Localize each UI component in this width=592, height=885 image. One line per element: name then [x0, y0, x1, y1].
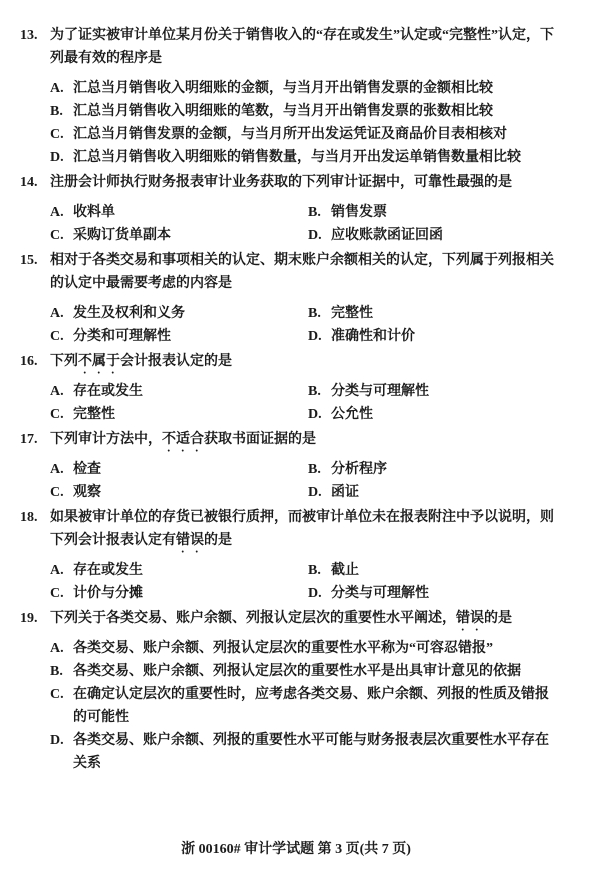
option-text: 应收账款函证回函: [331, 224, 554, 247]
stem-emphasized-text: 不属于: [78, 354, 120, 369]
option-d: D.公允性: [308, 403, 554, 426]
question-number: 17.: [20, 428, 38, 451]
option-c: C.计价与分摊: [50, 582, 308, 605]
stem-text: 的是: [204, 533, 232, 548]
stem-text: 的是: [484, 611, 512, 626]
option-a: A.汇总当月销售收入明细账的金额，与当月开出销售发票的金额相比较: [50, 77, 554, 100]
option-c: C.完整性: [50, 403, 308, 426]
option-a: A.发生及权利和义务: [50, 302, 308, 325]
question-number: 16.: [20, 350, 38, 373]
option-letter: A.: [50, 302, 73, 325]
option-letter: B.: [308, 302, 331, 325]
question-15: 15. 相对于各类交易和事项相关的认定、期末账户余额相关的认定，下列属于列报相关…: [20, 249, 554, 348]
question-number: 15.: [20, 249, 38, 272]
option-b: B.分析程序: [308, 458, 554, 481]
option-text: 公允性: [331, 403, 554, 426]
option-letter: A.: [50, 637, 73, 660]
question-stem: 为了证实被审计单位某月份关于销售收入的“存在或发生”认定或“完整性”认定，下列最…: [50, 24, 554, 74]
option-letter: C.: [50, 481, 73, 504]
options-list: A.汇总当月销售收入明细账的金额，与当月开出销售发票的金额相比较 B.汇总当月销…: [50, 77, 554, 169]
option-letter: D.: [308, 224, 331, 247]
options-grid: A.存在或发生 B.截止 C.计价与分摊 D.分类与可理解性: [50, 559, 554, 605]
option-text: 汇总当月销售收入明细账的销售数量，与当月开出发运单销售数量相比较: [73, 146, 554, 169]
stem-text: 下列关于各类交易、账户余额、列报认定层次的重要性水平阐述，: [50, 611, 456, 626]
option-letter: A.: [50, 380, 73, 403]
option-text: 函证: [331, 481, 554, 504]
options-list: A.各类交易、账户余额、列报认定层次的重要性水平称为“可容忍错报” B.各类交易…: [50, 637, 554, 775]
option-text: 存在或发生: [73, 559, 308, 582]
option-d: D.各类交易、账户余额、列报的重要性水平可能与财务报表层次重要性水平存在关系: [50, 729, 554, 775]
stem-emphasized-text: 不适合: [162, 432, 204, 447]
option-b: B.销售发票: [308, 201, 554, 224]
option-text: 采购订货单副本: [73, 224, 308, 247]
question-stem: 注册会计师执行财务报表审计业务获取的下列审计证据中，可靠性最强的是: [50, 171, 554, 198]
question-stem: 如果被审计单位的存货已被银行质押，而被审计单位未在报表附注中予以说明，则下列会计…: [50, 506, 554, 556]
option-text: 收料单: [73, 201, 308, 224]
option-text: 在确定认定层次的重要性时，应考虑各类交易、账户余额、列报的性质及错报的可能性: [73, 683, 554, 729]
option-a: A.存在或发生: [50, 380, 308, 403]
option-d: D.分类与可理解性: [308, 582, 554, 605]
stem-emphasized-text: 错误: [456, 611, 484, 626]
option-b: B.分类与可理解性: [308, 380, 554, 403]
question-19: 19. 下列关于各类交易、账户余额、列报认定层次的重要性水平阐述，错误的是 A.…: [20, 607, 554, 775]
option-a: A.各类交易、账户余额、列报认定层次的重要性水平称为“可容忍错报”: [50, 637, 554, 660]
option-b: B.截止: [308, 559, 554, 582]
stem-emphasized-text: 错误: [176, 533, 204, 548]
option-letter: A.: [50, 559, 73, 582]
question-number: 19.: [20, 607, 38, 630]
option-letter: B.: [308, 559, 331, 582]
option-text: 汇总当月销售发票的金额，与当月所开出发运凭证及商品价目表相核对: [73, 123, 554, 146]
option-c: C.汇总当月销售发票的金额，与当月所开出发运凭证及商品价目表相核对: [50, 123, 554, 146]
question-number: 13.: [20, 24, 38, 47]
options-grid: A.发生及权利和义务 B.完整性 C.分类和可理解性 D.准确性和计价: [50, 302, 554, 348]
option-letter: B.: [308, 201, 331, 224]
option-a: A.存在或发生: [50, 559, 308, 582]
option-b: B.各类交易、账户余额、列报认定层次的重要性水平是出具审计意见的依据: [50, 660, 554, 683]
question-stem: 相对于各类交易和事项相关的认定、期末账户余额相关的认定，下列属于列报相关的认定中…: [50, 249, 554, 299]
option-text: 汇总当月销售收入明细账的笔数，与当月开出销售发票的张数相比较: [73, 100, 554, 123]
option-text: 各类交易、账户余额、列报认定层次的重要性水平称为“可容忍错报”: [73, 637, 554, 660]
option-a: A.检查: [50, 458, 308, 481]
option-a: A.收料单: [50, 201, 308, 224]
option-letter: A.: [50, 201, 73, 224]
stem-text: 注册会计师执行财务报表审计业务获取的下列审计证据中，可靠性最强的是: [50, 175, 512, 190]
option-letter: A.: [50, 77, 73, 100]
option-text: 观察: [73, 481, 308, 504]
option-letter: D.: [50, 729, 73, 775]
option-text: 完整性: [73, 403, 308, 426]
option-letter: B.: [50, 660, 73, 683]
stem-text: 为了证实被审计单位某月份关于销售收入的“存在或发生”认定或“完整性”认定，下列最…: [50, 28, 554, 66]
options-grid: A.收料单 B.销售发票 C.采购订货单副本 D.应收账款函证回函: [50, 201, 554, 247]
option-letter: B.: [50, 100, 73, 123]
question-18: 18. 如果被审计单位的存货已被银行质押，而被审计单位未在报表附注中予以说明，则…: [20, 506, 554, 605]
stem-text: 会计报表认定的是: [120, 354, 232, 369]
question-16: 16. 下列不属于会计报表认定的是 A.存在或发生 B.分类与可理解性 C.完整…: [20, 350, 554, 426]
option-letter: D.: [50, 146, 73, 169]
option-text: 分类和可理解性: [73, 325, 308, 348]
option-text: 各类交易、账户余额、列报的重要性水平可能与财务报表层次重要性水平存在关系: [73, 729, 554, 775]
option-b: B.完整性: [308, 302, 554, 325]
option-text: 计价与分摊: [73, 582, 308, 605]
option-c: C.观察: [50, 481, 308, 504]
option-d: D.准确性和计价: [308, 325, 554, 348]
option-letter: C.: [50, 123, 73, 146]
option-letter: C.: [50, 325, 73, 348]
option-text: 准确性和计价: [331, 325, 554, 348]
option-d: D.应收账款函证回函: [308, 224, 554, 247]
options-grid: A.检查 B.分析程序 C.观察 D.函证: [50, 458, 554, 504]
question-17: 17. 下列审计方法中，不适合获取书面证据的是 A.检查 B.分析程序 C.观察…: [20, 428, 554, 504]
stem-text: 下列审计方法中，: [50, 432, 162, 447]
question-14: 14. 注册会计师执行财务报表审计业务获取的下列审计证据中，可靠性最强的是 A.…: [20, 171, 554, 247]
stem-text: 下列: [50, 354, 78, 369]
question-stem: 下列不属于会计报表认定的是: [50, 350, 554, 377]
option-c: C.采购订货单副本: [50, 224, 308, 247]
option-text: 分类与可理解性: [331, 380, 554, 403]
option-letter: B.: [308, 380, 331, 403]
option-letter: D.: [308, 481, 331, 504]
question-13: 13. 为了证实被审计单位某月份关于销售收入的“存在或发生”认定或“完整性”认定…: [20, 24, 554, 169]
option-d: D.函证: [308, 481, 554, 504]
option-text: 检查: [73, 458, 308, 481]
option-letter: C.: [50, 403, 73, 426]
option-text: 存在或发生: [73, 380, 308, 403]
option-text: 截止: [331, 559, 554, 582]
stem-text: 相对于各类交易和事项相关的认定、期末账户余额相关的认定，下列属于列报相关的认定中…: [50, 253, 554, 291]
options-grid: A.存在或发生 B.分类与可理解性 C.完整性 D.公允性: [50, 380, 554, 426]
option-letter: C.: [50, 224, 73, 247]
option-b: B.汇总当月销售收入明细账的笔数，与当月开出销售发票的张数相比较: [50, 100, 554, 123]
option-text: 销售发票: [331, 201, 554, 224]
option-c: C.分类和可理解性: [50, 325, 308, 348]
option-letter: C.: [50, 582, 73, 605]
option-text: 发生及权利和义务: [73, 302, 308, 325]
option-letter: A.: [50, 458, 73, 481]
option-letter: B.: [308, 458, 331, 481]
stem-text: 如果被审计单位的存货已被银行质押，而被审计单位未在报表附注中予以说明，则下列会计…: [50, 510, 554, 548]
option-letter: C.: [50, 683, 73, 729]
option-letter: D.: [308, 403, 331, 426]
stem-text: 获取书面证据的是: [204, 432, 316, 447]
page-footer: 浙 00160# 审计学试题 第 3 页(共 7 页): [0, 840, 592, 860]
question-stem: 下列关于各类交易、账户余额、列报认定层次的重要性水平阐述，错误的是: [50, 607, 554, 634]
question-number: 18.: [20, 506, 38, 529]
option-text: 汇总当月销售收入明细账的金额，与当月开出销售发票的金额相比较: [73, 77, 554, 100]
option-letter: D.: [308, 582, 331, 605]
option-text: 分类与可理解性: [331, 582, 554, 605]
option-letter: D.: [308, 325, 331, 348]
option-text: 各类交易、账户余额、列报认定层次的重要性水平是出具审计意见的依据: [73, 660, 554, 683]
option-c: C.在确定认定层次的重要性时，应考虑各类交易、账户余额、列报的性质及错报的可能性: [50, 683, 554, 729]
option-d: D.汇总当月销售收入明细账的销售数量，与当月开出发运单销售数量相比较: [50, 146, 554, 169]
question-number: 14.: [20, 171, 38, 194]
option-text: 分析程序: [331, 458, 554, 481]
exam-page: 13. 为了证实被审计单位某月份关于销售收入的“存在或发生”认定或“完整性”认定…: [0, 0, 592, 775]
option-text: 完整性: [331, 302, 554, 325]
question-stem: 下列审计方法中，不适合获取书面证据的是: [50, 428, 554, 455]
